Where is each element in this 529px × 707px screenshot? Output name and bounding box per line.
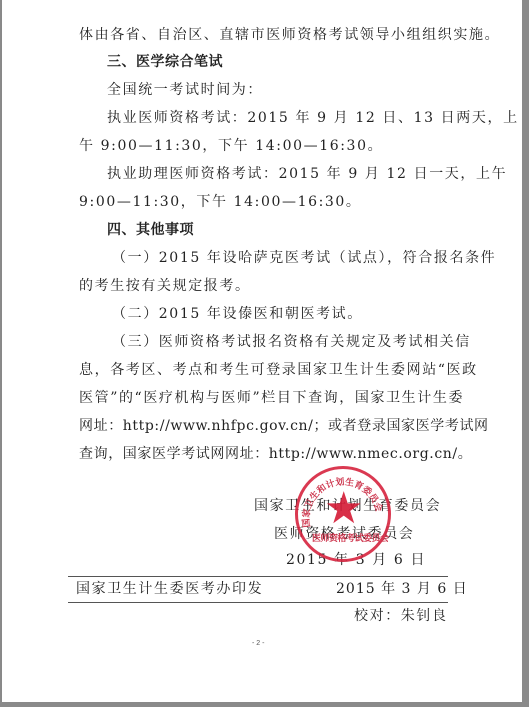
page-number: - 2 - — [252, 640, 264, 647]
body-line: 午 9:00—11:30，下午 14:00—16:30。 — [79, 137, 383, 155]
body-line: （三）医师资格考试报名资格有关规定及考试相关信 — [112, 333, 471, 351]
star-icon: ★ — [324, 487, 363, 531]
seal-bottom-text: 医师资格考试委员会 — [312, 531, 389, 544]
body-line: （二）2015 年设傣医和朝医考试。 — [112, 305, 363, 323]
official-seal: 国家卫生和计划生育委员会 ★ 医师资格考试委员会 — [295, 466, 391, 562]
footer-issuer: 国家卫生计生委医考办印发 — [76, 580, 263, 598]
section-heading: 四、其他事项 — [107, 221, 194, 239]
body-line: 体由各省、自治区、直辖市医师资格考试领导小组组织实施。 — [79, 26, 500, 44]
footer-proofreader: 校对：朱钊良 — [354, 607, 448, 625]
body-line: 9:00—11:30，下午 14:00—16:30。 — [79, 193, 362, 211]
body-line: （一）2015 年设哈萨克医考试（试点），符合报名条件 — [112, 249, 496, 267]
section-heading: 三、医学综合笔试 — [107, 53, 223, 71]
body-line: 息，各考区、考点和考生可登录国家卫生计生委网站“医政 — [79, 361, 478, 379]
document-page: 体由各省、自治区、直辖市医师资格考试领导小组组织实施。 三、医学综合笔试 全国统… — [1, 0, 522, 702]
footer-date: 2015 年 3 月 6 日 — [336, 580, 468, 598]
divider — [68, 576, 448, 577]
body-line: 医管”的“医疗机构与医师”栏目下查询，国家卫生计生委 — [79, 389, 464, 407]
divider — [68, 602, 448, 603]
body-line: 全国统一考试时间为： — [107, 81, 263, 99]
body-line: 网址：http://www.nhfpc.gov.cn/；或者登录国家医学考试网 — [79, 417, 489, 435]
body-line: 查询，国家医学考试网网址：http://www.nmec.org.cn/。 — [79, 445, 472, 463]
body-line: 执业医师资格考试：2015 年 9 月 12 日、13 日两天，上 — [107, 109, 519, 127]
body-line: 执业助理医师资格考试：2015 年 9 月 12 日一天，上午 — [107, 165, 507, 183]
body-line: 的考生按有关规定报考。 — [79, 277, 251, 295]
